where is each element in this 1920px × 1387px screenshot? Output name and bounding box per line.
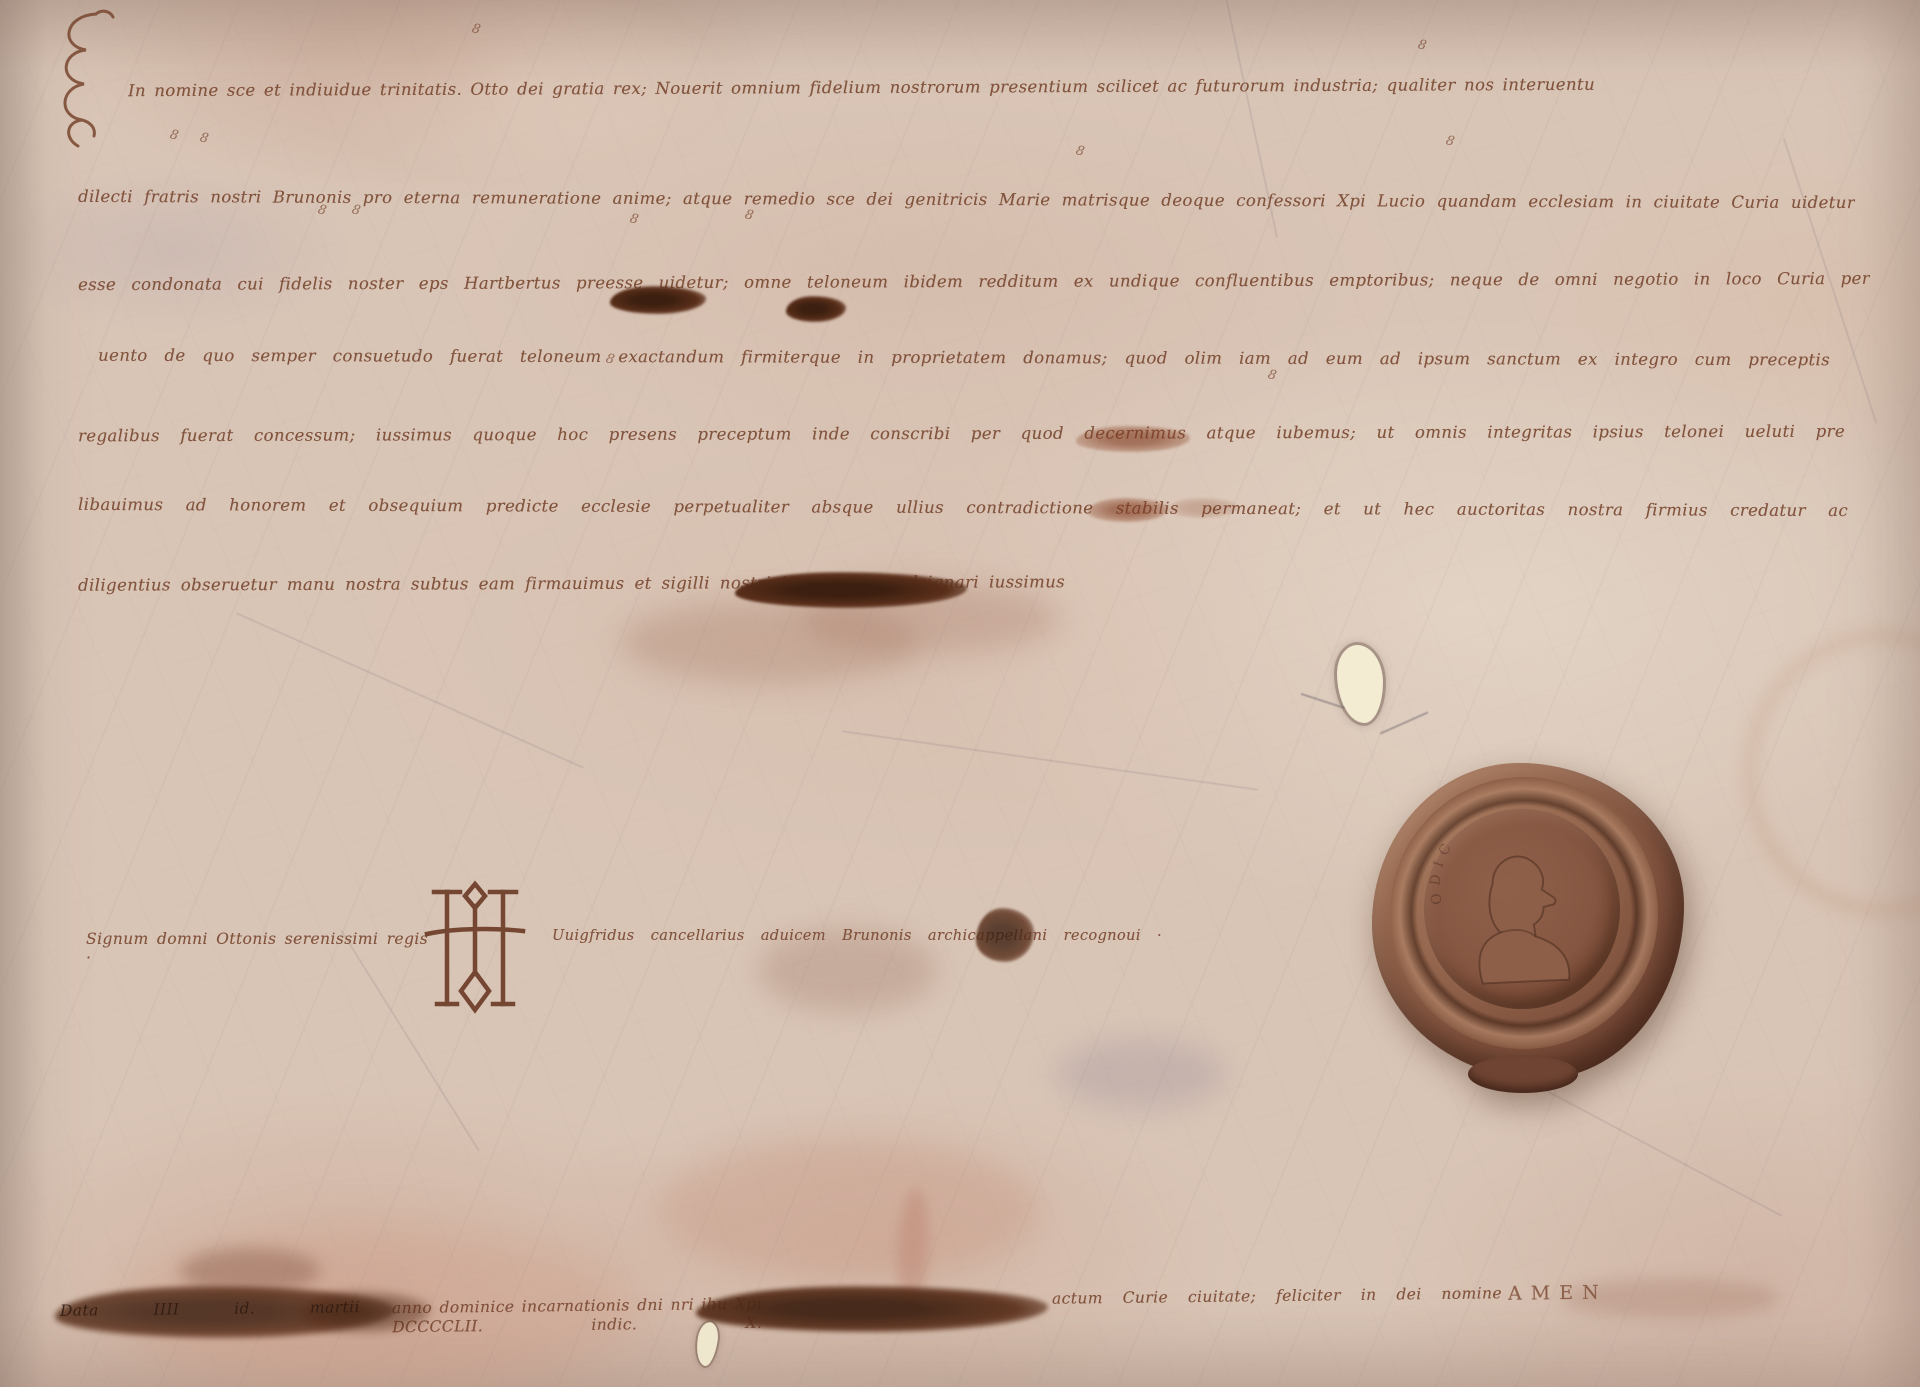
abbreviation-mark: 8 (316, 202, 328, 219)
royal-monogram-icon (424, 878, 526, 1020)
dating-line-right: actum Curie ciuitate; feliciter in dei n… (1052, 1284, 1502, 1323)
abbreviation-mark: 8 (1074, 143, 1086, 160)
seal-wax-tail (1468, 1055, 1578, 1093)
seal-legend: ODIC (1427, 835, 1458, 905)
abbreviation-mark: 8 (470, 21, 482, 38)
parchment: In nomine sce et indiuidue trinitatis. O… (0, 0, 1920, 1387)
chrismon-icon (38, 4, 122, 156)
abbreviation-mark: 8 (350, 202, 362, 219)
amen-text: AMEN (1508, 1281, 1626, 1312)
charter-photo: In nomine sce et indiuidue trinitatis. O… (0, 0, 1920, 1387)
seal-bust-icon: ODIC (1424, 809, 1620, 1009)
signum-text: Signum domni Ottonis serenissimi regis · (86, 930, 428, 970)
abbreviation-mark: 8 (604, 351, 616, 368)
svg-text:ODIC: ODIC (1427, 835, 1458, 905)
abbreviation-mark: 8 (1266, 367, 1278, 384)
recognition-text: Uuigfridus cancellarius aduicem Brunonis… (552, 928, 1162, 968)
abbreviation-mark: 8 (1416, 37, 1428, 54)
abbreviation-mark: 8 (198, 130, 210, 147)
dating-line-obscured: Data IIII id. martii (60, 1298, 360, 1336)
abbreviation-mark: 8 (628, 211, 640, 228)
abbreviation-mark: 8 (1444, 133, 1456, 150)
abbreviation-mark: 8 (743, 207, 755, 224)
abbreviation-mark: 8 (168, 127, 180, 144)
interlinear-marks-layer: 888888888888 (0, 0, 1920, 1387)
wax-seal: ODIC (1372, 763, 1684, 1079)
